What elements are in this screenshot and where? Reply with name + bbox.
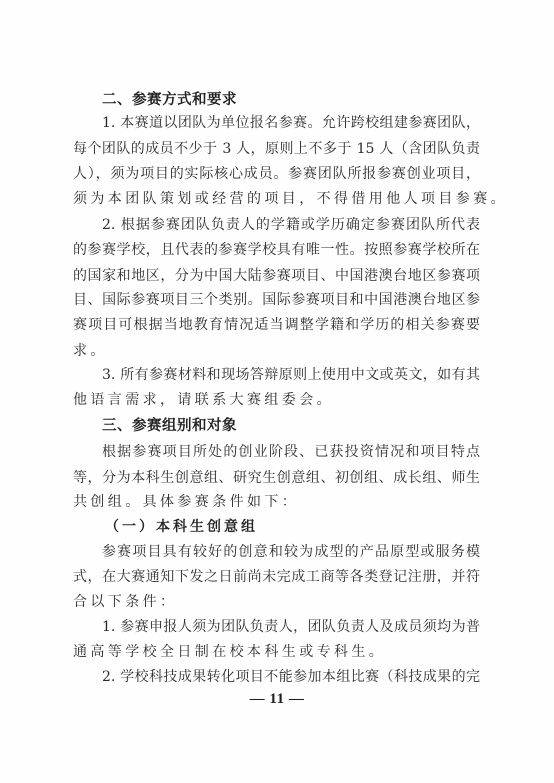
paragraph-line: 式，在大赛通知下发之日前尚未完成工商等各类登记注册，并符 — [73, 567, 480, 587]
paragraph-line: 共创组。具体参赛条件如下： — [73, 492, 480, 512]
document-page: 二、参赛方式和要求 1. 本赛道以团队为单位报名参赛。允许跨校组建参赛团队， 每… — [0, 0, 554, 783]
paragraph-line: 等，分为本科生创意组、研究生创意组、初创组、成长组、师生 — [73, 468, 480, 488]
paragraph-line: 的国家和地区，分为中国大陆参赛项目、中国港澳台地区参赛项 — [73, 266, 480, 286]
paragraph-line: 2. 根据参赛团队负责人的学籍或学历确定参赛团队所代表 — [102, 215, 480, 235]
paragraph-line: 合以下条件： — [73, 592, 480, 612]
paragraph-line: 参赛项目具有较好的创意和较为成型的产品原型或服务模 — [102, 542, 480, 562]
paragraph-line: 3. 所有参赛材料和现场答辩原则上使用中文或英文，如有其 — [102, 365, 480, 385]
paragraph-line: 1. 本赛道以团队为单位报名参赛。允许跨校组建参赛团队， — [102, 113, 480, 133]
paragraph-line: 每个团队的成员不少于 3 人，原则上不多于 15 人（含团队负责 — [73, 139, 480, 159]
paragraph-line: 根据参赛项目所处的创业阶段、已获投资情况和项目特点 — [102, 442, 480, 462]
paragraph-line: 赛项目可根据当地教育情况适当调整学籍和学历的相关参赛要 — [73, 315, 480, 335]
subsection-heading-undergraduate-creative-group: （一）本科生创意组 — [105, 517, 512, 537]
paragraph-line: 目、国际参赛项目三个类别。国际参赛项目和中国港澳台地区参 — [73, 290, 480, 310]
section-heading-groups-and-targets: 三、参赛组别和对象 — [102, 416, 480, 436]
paragraph-line: 的参赛学校，且代表的参赛学校具有唯一性。按照参赛学校所在 — [73, 240, 480, 260]
paragraph-line: 须为本团队策划或经营的项目，不得借用他人项目参赛。 — [73, 189, 480, 209]
section-heading-participation-method: 二、参赛方式和要求 — [102, 90, 480, 110]
paragraph-line: 1. 参赛申报人须为团队负责人，团队负责人及成员须均为普 — [102, 617, 480, 637]
paragraph-line: 求。 — [73, 341, 480, 361]
paragraph-line: 通高等学校全日制在校本科生或专科生。 — [73, 642, 480, 662]
page-number: — 11 — — [0, 689, 554, 709]
paragraph-line: 人），须为项目的实际核心成员。参赛团队所报参赛创业项目， — [73, 164, 480, 184]
paragraph-line: 2. 学校科技成果转化项目不能参加本组比赛（科技成果的完 — [102, 667, 480, 687]
paragraph-line: 他语言需求，请联系大赛组委会。 — [73, 390, 480, 410]
